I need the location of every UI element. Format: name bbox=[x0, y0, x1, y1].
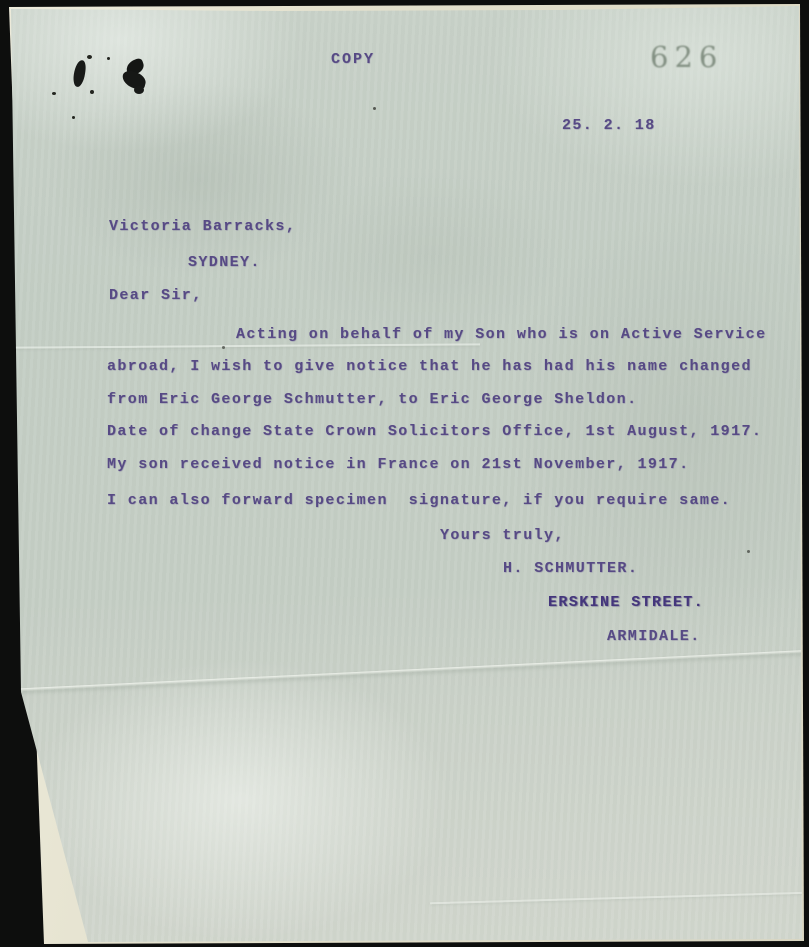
ink-speck bbox=[90, 90, 94, 94]
body-line: abroad, I wish to give notice that he ha… bbox=[107, 358, 752, 376]
body-line: I can also forward specimen signature, i… bbox=[107, 492, 731, 510]
fold-crease bbox=[430, 892, 809, 905]
ink-blot bbox=[134, 86, 144, 94]
valediction: Yours truly, bbox=[440, 527, 565, 545]
body-line: Acting on behalf of my Son who is on Act… bbox=[236, 326, 766, 344]
letter-date: 25. 2. 18 bbox=[562, 117, 656, 135]
recipient-line: SYDNEY. bbox=[188, 254, 261, 272]
recipient-line: Victoria Barracks, bbox=[109, 218, 296, 236]
signature-name: H. SCHMUTTER. bbox=[503, 560, 638, 578]
ink-speck bbox=[222, 346, 225, 349]
fold-crease bbox=[8, 650, 807, 692]
body-line: from Eric George Schmutter, to Eric Geor… bbox=[107, 391, 637, 409]
fold-crease bbox=[10, 343, 480, 348]
salutation: Dear Sir, bbox=[109, 287, 203, 305]
scanner-background: COPY 626 25. 2. 18 Victoria Barracks, SY… bbox=[0, 0, 809, 947]
body-line: My son received notice in France on 21st… bbox=[107, 456, 689, 474]
ink-speck bbox=[72, 116, 75, 119]
folio-number-stamp: 626 bbox=[650, 40, 723, 74]
ink-speck bbox=[107, 57, 110, 60]
ink-blot bbox=[72, 59, 87, 87]
copy-stamp: COPY bbox=[331, 51, 375, 69]
ink-speck bbox=[87, 55, 92, 59]
body-line: Date of change State Crown Solicitors Of… bbox=[107, 423, 762, 441]
ink-speck bbox=[373, 107, 376, 110]
signature-town: ARMIDALE. bbox=[607, 628, 701, 646]
signature-street: ERSKINE STREET. bbox=[548, 594, 704, 612]
ink-speck bbox=[52, 92, 56, 95]
letter-page: COPY 626 25. 2. 18 Victoria Barracks, SY… bbox=[0, 0, 809, 947]
ink-speck bbox=[747, 550, 750, 553]
